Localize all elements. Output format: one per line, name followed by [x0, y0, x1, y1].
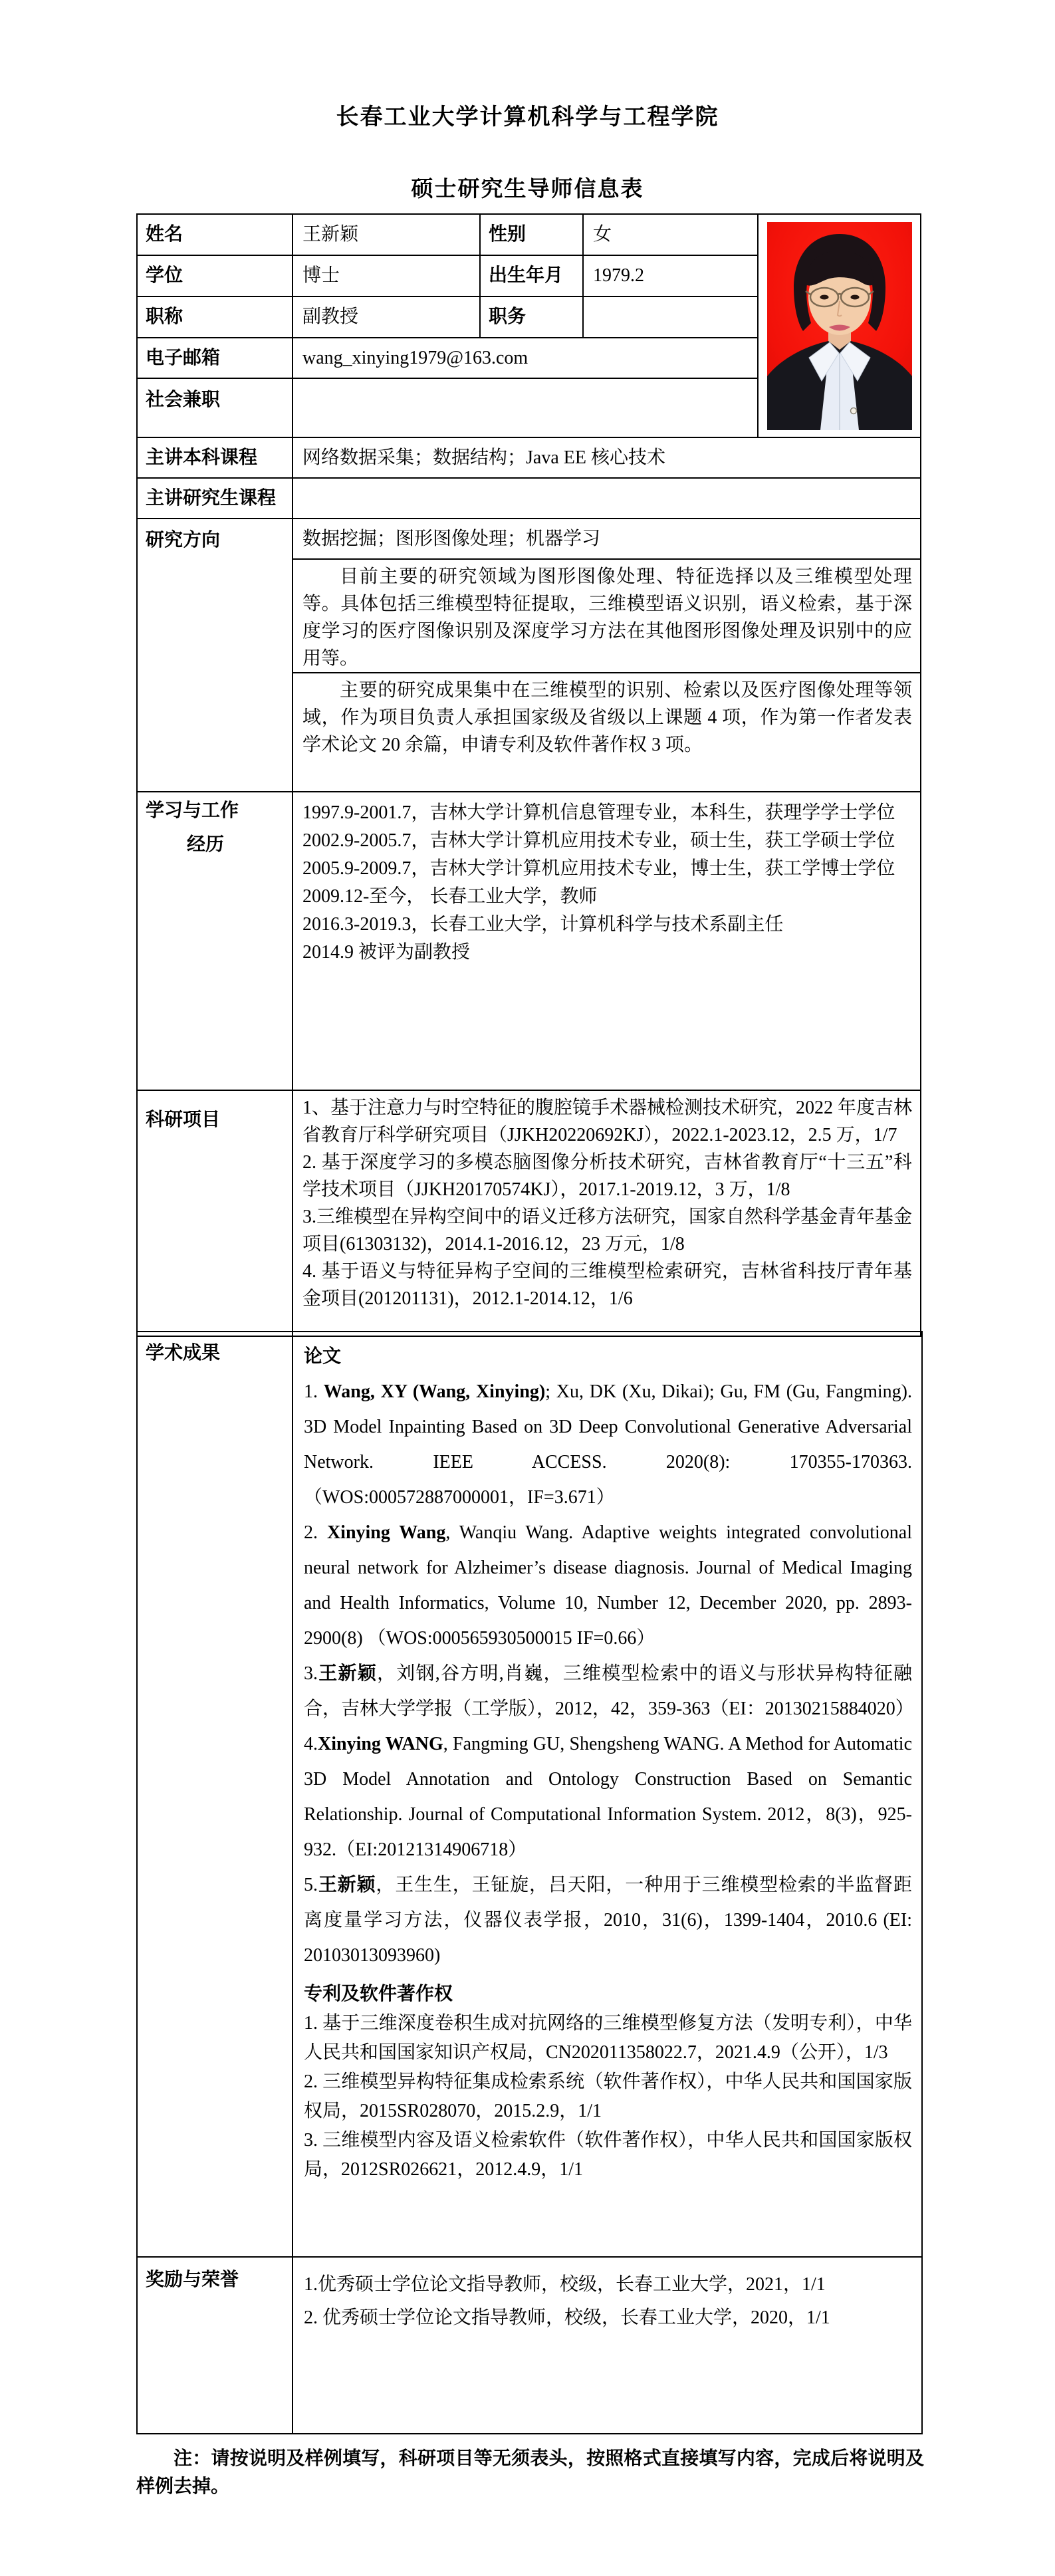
project-item: 1、基于注意力与时空特征的腹腔镜手术器械检测技术研究，2022 年度吉林省教育厅… — [302, 1094, 912, 1149]
portrait-photo — [767, 222, 912, 430]
grad-courses-label: 主讲研究生课程 — [137, 478, 293, 519]
patent-item: 1. 基于三维深度卷积生成对抗网络的三维模型修复方法（发明专利），中华人民共和国… — [304, 2009, 912, 2067]
left-eye — [820, 295, 828, 300]
degree-label: 学位 — [137, 255, 293, 296]
patent-item: 3. 三维模型内容及语义检索软件（软件著作权），中华人民共和国国家版权局，201… — [304, 2126, 912, 2184]
awards-list: 1.优秀硕士学位论文指导教师，校级，长春工业大学，2021，1/12. 优秀硕士… — [293, 2258, 921, 2335]
row-name-gender: 姓名 王新颖 性别 女 — [137, 214, 921, 255]
degree-value: 博士 — [293, 255, 480, 296]
photo-cell — [758, 214, 921, 437]
undergrad-courses-value: 网络数据采集；数据结构；Java EE 核心技术 — [293, 437, 921, 478]
experience-item: 2009.12-至今， 长春工业大学，教师 — [302, 883, 911, 911]
basic-info-table: 姓名 王新颖 性别 女 — [136, 213, 921, 1337]
patents-heading: 专利及软件著作权 — [304, 1980, 912, 2009]
row-experience: 学习与工作 经历 1997.9-2001.7，吉林大学计算机信息管理专业，本科生… — [137, 792, 921, 1090]
grad-courses-value — [293, 478, 921, 519]
experience-item: 2014.9 被评为副教授 — [302, 939, 911, 967]
row-research-direction: 研究方向 数据挖掘；图形图像处理；机器学习 — [137, 519, 921, 559]
undergrad-courses-label: 主讲本科课程 — [137, 437, 293, 478]
project-item: 3.三维模型在异构空间中的语义迁移方法研究，国家自然科学基金青年基金项目(613… — [302, 1203, 912, 1258]
experience-item: 1997.9-2001.7，吉林大学计算机信息管理专业，本科生，获理学学士学位 — [302, 799, 911, 827]
experience-list: 1997.9-2001.7，吉林大学计算机信息管理专业，本科生，获理学学士学位2… — [293, 792, 920, 967]
email-value: wang_xinying1979@163.com — [293, 338, 758, 378]
position-label: 职务 — [480, 296, 583, 338]
experience-item: 2002.9-2005.7，吉林大学计算机应用技术专业，硕士生，获工学硕士学位 — [302, 827, 911, 855]
experience-value: 1997.9-2001.7，吉林大学计算机信息管理专业，本科生，获理学学士学位2… — [293, 792, 921, 1090]
awards-value: 1.优秀硕士学位论文指导教师，校级，长春工业大学，2021，1/12. 优秀硕士… — [293, 2257, 922, 2434]
footer-note: 注：请按说明及样例填写，科研项目等无须表头，按照格式直接填写内容，完成后将说明及… — [136, 2445, 924, 2501]
awards-label: 奖励与荣誉 — [137, 2257, 293, 2434]
achievements-value: 论文 1. Wang, XY (Wang, Xinying); Xu, DK (… — [293, 1332, 922, 2257]
paper-item: 2. Xinying Wang, Wanqiu Wang. Adaptive w… — [304, 1515, 912, 1656]
projects-value: 1、基于注意力与时空特征的腹腔镜手术器械检测技术研究，2022 年度吉林省教育厅… — [293, 1090, 921, 1336]
experience-label-line1: 学习与工作 — [146, 799, 292, 823]
row-awards: 奖励与荣誉 1.优秀硕士学位论文指导教师，校级，长春工业大学，2021，1/12… — [137, 2257, 922, 2434]
social-value — [293, 378, 758, 437]
social-label: 社会兼职 — [137, 378, 293, 437]
birth-value: 1979.2 — [583, 255, 758, 296]
position-value — [583, 296, 758, 338]
row-undergrad-courses: 主讲本科课程 网络数据采集；数据结构；Java EE 核心技术 — [137, 437, 921, 478]
award-item: 1.优秀硕士学位论文指导教师，校级，长春工业大学，2021，1/1 — [304, 2268, 912, 2301]
achievements-content: 论文 1. Wang, XY (Wang, Xinying); Xu, DK (… — [293, 1332, 921, 2184]
project-item: 2. 基于深度学习的多模态脑图像分析技术研究，吉林省教育厅“十三五”科学技术项目… — [302, 1149, 912, 1203]
row-grad-courses: 主讲研究生课程 — [137, 478, 921, 519]
achievements-label: 学术成果 — [137, 1332, 293, 2257]
row-projects: 科研项目 1、基于注意力与时空特征的腹腔镜手术器械检测技术研究，2022 年度吉… — [137, 1090, 921, 1336]
research-direction-label: 研究方向 — [137, 519, 293, 792]
paper-item: 3.王新颖，刘钢,谷方明,肖巍，三维模型检索中的语义与形状异构特征融合，吉林大学… — [304, 1656, 912, 1726]
research-overview-paragraph-1: 目前主要的研究领域为图形图像处理、特征选择以及三维模型处理等。具体包括三维模型特… — [293, 559, 921, 673]
paper-item: 1. Wang, XY (Wang, Xinying); Xu, DK (Xu,… — [304, 1374, 912, 1515]
right-eye — [850, 295, 859, 300]
patents-list: 1. 基于三维深度卷积生成对抗网络的三维模型修复方法（发明专利），中华人民共和国… — [304, 2009, 912, 2184]
research-overview-text-2: 主要的研究成果集中在三维模型的识别、检索以及医疗图像处理等领域，作为项目负责人承… — [293, 673, 920, 759]
papers-list: 1. Wang, XY (Wang, Xinying); Xu, DK (Xu,… — [304, 1374, 912, 1973]
paper-item: 5.王新颖，王生生，王钲旋，吕天阳，一种用于三维模型检索的半监督距离度量学习方法… — [304, 1867, 912, 1973]
achievements-table: 学术成果 论文 1. Wang, XY (Wang, Xinying); Xu,… — [136, 1331, 923, 2434]
experience-label: 学习与工作 经历 — [137, 792, 293, 1090]
papers-heading: 论文 — [304, 1339, 912, 1374]
research-direction-value: 数据挖掘；图形图像处理；机器学习 — [293, 519, 921, 559]
research-overview-text-1: 目前主要的研究领域为图形图像处理、特征选择以及三维模型处理等。具体包括三维模型特… — [293, 560, 920, 672]
award-item: 2. 优秀硕士学位论文指导教师，校级，长春工业大学，2020，1/1 — [304, 2301, 912, 2335]
page: { "titles": { "line1": "长春工业大学计算机科学与工程学院… — [0, 0, 1055, 2576]
experience-item: 2016.3-2019.3，长春工业大学，计算机科学与技术系副主任 — [302, 911, 911, 939]
research-overview-paragraph-2: 主要的研究成果集中在三维模型的识别、检索以及医疗图像处理等领域，作为项目负责人承… — [293, 673, 921, 792]
gender-value: 女 — [583, 214, 758, 255]
birth-label: 出生年月 — [480, 255, 583, 296]
row-achievements: 学术成果 论文 1. Wang, XY (Wang, Xinying); Xu,… — [137, 1332, 922, 2257]
experience-item: 2005.9-2009.7，吉林大学计算机应用技术专业，博士生，获工学博士学位 — [302, 855, 911, 883]
email-label: 电子邮箱 — [137, 338, 293, 378]
document-title-line1: 长春工业大学计算机科学与工程学院 — [0, 98, 1055, 131]
professional-title-value: 副教授 — [293, 296, 480, 338]
brooch — [850, 408, 856, 414]
experience-label-line2: 经历 — [146, 833, 292, 857]
name-value: 王新颖 — [293, 214, 480, 255]
document-title-line2: 硕士研究生导师信息表 — [0, 172, 1055, 203]
projects-list: 1、基于注意力与时空特征的腹腔镜手术器械检测技术研究，2022 年度吉林省教育厅… — [293, 1091, 920, 1312]
project-item: 4. 基于语义与特征异构子空间的三维模型检索研究，吉林省科技厅青年基金项目(20… — [302, 1258, 912, 1312]
projects-label: 科研项目 — [137, 1090, 293, 1336]
gender-label: 性别 — [480, 214, 583, 255]
paper-item: 4.Xinying WANG, Fangming GU, Shengsheng … — [304, 1726, 912, 1867]
patent-item: 2. 三维模型异构特征集成检索系统（软件著作权），中华人民共和国国家版权局，20… — [304, 2067, 912, 2126]
name-label: 姓名 — [137, 214, 293, 255]
professional-title-label: 职称 — [137, 296, 293, 338]
